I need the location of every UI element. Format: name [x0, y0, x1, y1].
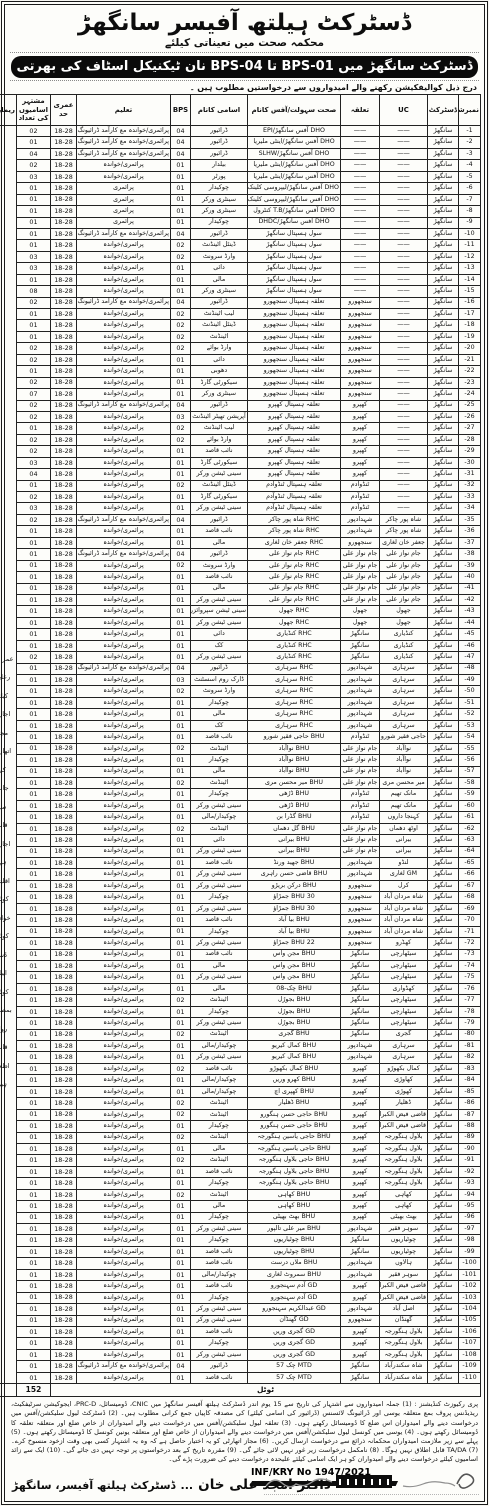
cell-taluka: ٹنڈوآدم	[341, 492, 380, 503]
cell-age: 18-28	[51, 1326, 77, 1337]
table-row: -25سانگھڑ——کھپروتعلقہ ہسپتال کھپروڈرائیو…	[0, 400, 481, 411]
cell-count: 02	[17, 434, 51, 445]
table-row: -91سانگھڑبلاول ہنگورجہکھپروBHU حاجی بلاو…	[0, 1155, 481, 1166]
cell-bps: 01	[171, 446, 191, 457]
table-row: -47سانگھڑکنڈیاریسانگھڑRHC کنڈیاریسینی ٹی…	[0, 652, 481, 663]
cell-facility: BHU میر محسن مری	[248, 777, 341, 788]
table-row: -60سانگھڑمانک تھیمٹنڈوآدمBHU ڈڑھیسینی ٹی…	[0, 800, 481, 811]
cell-uc: نواآباد	[380, 755, 428, 766]
cell-age: 18-28	[51, 366, 77, 377]
cell-post: اٹینڈنٹ	[191, 995, 248, 1006]
cell-education: پرائمری/خواندہ	[77, 1063, 171, 1074]
remarks-note: عمر میںرعایتکیلئےاجازتمجازاتھارٹیکیجانبس…	[0, 650, 15, 1094]
cell-post: اٹینڈنٹ	[191, 777, 248, 788]
cell-taluka: ٹنڈوآدم	[341, 800, 380, 811]
table-row: -5سانگھڑ————DHO آفس سانگھڑ/اینٹی ملیریاپ…	[0, 171, 481, 182]
cell-serial-no: -44	[459, 617, 481, 628]
cell-uc: ——	[380, 286, 428, 297]
cell-count: 01	[17, 903, 51, 914]
cell-uc: شاہ سکندرآباد	[380, 1361, 428, 1372]
cell-bps: 01	[171, 206, 191, 217]
cell-facility: RHC سرہاری	[248, 663, 341, 674]
cell-facility: تعلقہ ہسپتال ٹنڈوآدم	[248, 503, 341, 514]
cell-uc: سیٹھارچی	[380, 960, 428, 971]
table-row: -2سانگھڑ————DHO آفس سانگھڑ/اینٹی ملیریاڈ…	[0, 137, 481, 148]
cell-taluka: جھول	[341, 606, 380, 617]
cell-facility: DHO آفس سانگھڑ/لیپروسی کلینک	[248, 194, 341, 205]
cell-age: 18-28	[51, 1304, 77, 1315]
cell-count: 01	[17, 1166, 51, 1177]
cell-facility: BHU 30 جمڑاؤ	[248, 903, 341, 914]
bottom-strip: ڈاکٹر امجد علی خان ... ڈسٹرکٹ ہیلتھ آفیس…	[8, 1459, 481, 1499]
cell-district: سانگھڑ	[428, 835, 459, 846]
cell-age: 18-28	[51, 1361, 77, 1372]
cell-post: کک	[191, 640, 248, 651]
cell-uc: شاہ مردان آباد	[380, 903, 428, 914]
cell-uc: سرہاری	[380, 1052, 428, 1063]
cell-post: سینی ٹیشن ورکر	[191, 469, 248, 480]
table-row: -87سانگھڑقاضی فیض الکبرا-2کھپروBHU حاجی …	[0, 1109, 481, 1120]
cell-serial-no: -55	[459, 743, 481, 754]
table-row: -65سانگھڑلنڈوشہدادپورBHU جھید ورنڈنائب ق…	[0, 858, 481, 869]
cell-uc: ——	[380, 137, 428, 148]
cell-age: 18-28	[51, 1155, 77, 1166]
cell-age: 18-28	[51, 1166, 77, 1177]
cell-bps: 01	[171, 1075, 191, 1086]
cell-facility: تعلقہ ہسپتال کھپرو	[248, 423, 341, 434]
cell-uc: سیٹھارچی	[380, 1018, 428, 1029]
col-header-count: مشتہر اسامیوں کی تعداد	[17, 95, 51, 126]
cell-post: مالی	[191, 960, 248, 971]
cell-serial-no: -15	[459, 286, 481, 297]
cell-district: سانگھڑ	[428, 903, 459, 914]
table-row: -40سانگھڑجام نواز علیجام نواز علیRHC جام…	[0, 572, 481, 583]
table-row: -31سانگھڑ——کھپروتعلقہ ہسپتال کھپروسینی ٹ…	[0, 469, 481, 480]
table-head: نمبرشمارڈسٹرکٹUCتعلقہصحت سہولت/آفس کانام…	[0, 95, 481, 126]
cell-taluka: سانگھڑ	[341, 949, 380, 960]
table-row: -34سانگھڑ——ٹنڈوآدمتعلقہ ہسپتال ٹنڈوآدمسی…	[0, 503, 481, 514]
cell-serial-no: -25	[459, 400, 481, 411]
cell-post: نائب قاصد	[191, 949, 248, 960]
col-header-district: ڈسٹرکٹ	[428, 95, 459, 126]
table-row: -63سانگھڑبیرانیجام نواز علیBHU بیرانیدائ…	[0, 835, 481, 846]
cell-district: سانگھڑ	[428, 1132, 459, 1143]
cell-serial-no: -87	[459, 1109, 481, 1120]
table-row: -11سانگھڑ————سول ہسپتال سانگھڑڈینٹل اٹین…	[0, 240, 481, 251]
cell-count: 01	[17, 1029, 51, 1040]
cell-education: پرائمری/خواندہ	[77, 1201, 171, 1212]
cell-district: سانگھڑ	[428, 869, 459, 880]
cell-district: سانگھڑ	[428, 251, 459, 262]
cell-uc: سرہاری	[380, 709, 428, 720]
cell-serial-no: -3	[459, 148, 481, 159]
cell-age: 18-28	[51, 411, 77, 422]
cell-district: سانگھڑ	[428, 206, 459, 217]
cell-education: پرائمری/خواندہ	[77, 686, 171, 697]
cell-age: 18-28	[51, 1235, 77, 1246]
cell-serial-no: -34	[459, 503, 481, 514]
cell-post: نائب قاصد	[191, 446, 248, 457]
cell-district: سانگھڑ	[428, 949, 459, 960]
cell-district: سانگھڑ	[428, 720, 459, 731]
cell-uc: ——	[380, 469, 428, 480]
cell-education: پرائمری/خواندہ	[77, 537, 171, 548]
table-row: -82سانگھڑسرہاریشہدادپورBHU کمال کیریوسین…	[0, 1052, 481, 1063]
cell-count: 01	[17, 1201, 51, 1212]
cell-taluka: سانگھڑ	[341, 1372, 380, 1383]
cell-facility: GD گجری وریں	[248, 1326, 341, 1337]
cell-taluka: شہدادپور	[341, 869, 380, 880]
cell-bps: 02	[171, 331, 191, 342]
cell-post: لیب اٹینڈنٹ	[191, 309, 248, 320]
table-row: -27سانگھڑ——کھپروتعلقہ ہسپتال کھپرولیب اٹ…	[0, 423, 481, 434]
cell-facility: BHU حاجی بلاول ہنگورجہ	[248, 1166, 341, 1177]
cell-education: پرائمری/خواندہ	[77, 1052, 171, 1063]
cell-taluka: شہدادپور	[341, 1269, 380, 1280]
cell-taluka: کھپرو	[341, 411, 380, 422]
cell-bps: 02	[171, 309, 191, 320]
cell-district: سانگھڑ	[428, 652, 459, 663]
cell-bps: 01	[171, 606, 191, 617]
cell-taluka: ——	[341, 217, 380, 228]
cell-count: 02	[17, 400, 51, 411]
cell-serial-no: -68	[459, 892, 481, 903]
cell-post: دائی	[191, 835, 248, 846]
cell-education: پرائمری/خواندہ	[77, 1041, 171, 1052]
cell-education: پرائمری/خواندہ	[77, 251, 171, 262]
cell-education: پرائمری/خواندہ	[77, 354, 171, 365]
cell-age: 18-28	[51, 903, 77, 914]
cell-age: 18-28	[51, 354, 77, 365]
cell-uc: ——	[380, 217, 428, 228]
cell-count: 01	[17, 480, 51, 491]
cell-uc: جھول	[380, 606, 428, 617]
cell-facility: RHC کنڈیاری	[248, 640, 341, 651]
cell-post: ڈرائیور	[191, 126, 248, 137]
cell-facility: BHU حاجی بلاول ہنگورجہ	[248, 1155, 341, 1166]
cell-uc: بلاول ہنگورجہ	[380, 1178, 428, 1189]
cell-facility: GD گجری وریں	[248, 1349, 341, 1360]
cell-facility: BHU حاجی یاسین ہنگورجہ	[248, 1143, 341, 1154]
cell-education: پرائمری/خواندہ مع کارآمد ڈرائیونگ لائسنس	[77, 400, 171, 411]
cell-serial-no: -17	[459, 309, 481, 320]
cell-facility: RHC جام نواز علی	[248, 560, 341, 571]
cell-facility: RHC جام نواز علی	[248, 572, 341, 583]
table-row: -71سانگھڑشاہ مردان آبادسنجھوروBHU بیا آب…	[0, 926, 481, 937]
cell-education: پرائمری/خواندہ مع کارآمد ڈرائیونگ لائسنس	[77, 137, 171, 148]
table-row: -80سانگھڑگجریسانگھڑBHU گجریاٹینڈنٹ02پرائ…	[0, 1029, 481, 1040]
cell-district: سانگھڑ	[428, 263, 459, 274]
cell-count: 01	[17, 1132, 51, 1143]
cell-post: نائب قاصد	[191, 572, 248, 583]
cell-facility: تعلقہ ہسپتال کھپرو	[248, 469, 341, 480]
cell-post: چوکیدار	[191, 926, 248, 937]
cell-post: سینی ٹیشن سپروائزر	[191, 606, 248, 617]
cell-serial-no: -16	[459, 297, 481, 308]
cell-post: نائب قاصد	[191, 732, 248, 743]
table-row: -46سانگھڑکنڈیاریسانگھڑRHC کنڈیاریکک01پرا…	[0, 640, 481, 651]
cell-taluka: سنجھورو	[341, 1315, 380, 1326]
cell-taluka: شہدادپور	[341, 1224, 380, 1235]
cell-uc: قاضی فیض الکبرا-2	[380, 1281, 428, 1292]
cell-serial-no: -43	[459, 606, 481, 617]
cell-serial-no: -63	[459, 835, 481, 846]
cell-facility: BHU بجوڑل	[248, 1018, 341, 1029]
cell-taluka: جام نواز علی	[341, 743, 380, 754]
cell-bps: 01	[171, 892, 191, 903]
cell-count: 01	[17, 194, 51, 205]
cell-taluka: ٹنڈوآدم	[341, 503, 380, 514]
cell-uc: گجری	[380, 1029, 428, 1040]
cell-education: پرائمری/خواندہ	[77, 377, 171, 388]
cell-uc: ——	[380, 171, 428, 182]
cell-age: 18-28	[51, 217, 77, 228]
cell-post: اٹینڈنٹ	[191, 1155, 248, 1166]
cell-district: سانگھڑ	[428, 377, 459, 388]
cell-district: سانگھڑ	[428, 743, 459, 754]
cell-serial-no: -58	[459, 777, 481, 788]
cell-uc: اصل آباد	[380, 1304, 428, 1315]
cell-post: سیکورٹی گارڈ	[191, 492, 248, 503]
cell-age: 18-28	[51, 1018, 77, 1029]
cell-post: سینی ٹیشن ورکر	[191, 1315, 248, 1326]
table-row: -90سانگھڑبلاول ہنگورجہکھپروBHU حاجی یاسی…	[0, 1143, 481, 1154]
cell-count: 01	[17, 995, 51, 1006]
cell-education: پرائمری/خواندہ	[77, 1166, 171, 1177]
cell-facility: تعلقہ ہسپتال ٹنڈوآدم	[248, 492, 341, 503]
cell-count: 02	[17, 126, 51, 137]
cell-facility: تعلقہ ہسپتال سنجھورو	[248, 331, 341, 342]
cell-age: 18-28	[51, 789, 77, 800]
cell-age: 18-28	[51, 1178, 77, 1189]
cell-post: اٹینڈنٹ	[191, 331, 248, 342]
cell-district: سانگھڑ	[428, 434, 459, 445]
cell-serial-no: -74	[459, 960, 481, 971]
cell-bps: 01	[171, 572, 191, 583]
table-row: -54سانگھڑحاجی فقیر شوروٹنڈوآدمBHU حاجی ف…	[0, 732, 481, 743]
cell-bps: 01	[171, 1006, 191, 1017]
cell-post: نائب قاصد	[191, 1166, 248, 1177]
cell-count: 01	[17, 1041, 51, 1052]
table-row: -14سانگھڑ————سول ہسپتال سانگھڑمالی01پرائ…	[0, 274, 481, 285]
cell-district: سانگھڑ	[428, 160, 459, 171]
cell-bps: 01	[171, 732, 191, 743]
cell-count: 07	[17, 389, 51, 400]
cell-serial-no: -73	[459, 949, 481, 960]
cell-facility: BHU جھید ورنڈ	[248, 858, 341, 869]
table-row: -21سانگھڑ——سنجھوروتعلقہ ہسپتال سنجھورودا…	[0, 354, 481, 365]
remarks-note-cell: عمر میںرعایتکیلئےاجازتمجازاتھارٹیکیجانبس…	[0, 126, 17, 1384]
cell-education: پرائمری/خواندہ	[77, 1212, 171, 1223]
cell-serial-no: -21	[459, 354, 481, 365]
cell-serial-no: -7	[459, 194, 481, 205]
cell-taluka: سنجھورو	[341, 537, 380, 548]
cell-bps: 02	[171, 686, 191, 697]
cell-uc: سوہر فقیر	[380, 1224, 428, 1235]
cell-post: وارڈ بوائے	[191, 343, 248, 354]
cell-bps: 01	[171, 903, 191, 914]
cell-uc: سرہاری	[380, 697, 428, 708]
cell-uc: نواآباد	[380, 743, 428, 754]
cell-count: 01	[17, 1189, 51, 1200]
cell-uc: کنڈیاری	[380, 652, 428, 663]
cell-bps: 01	[171, 1292, 191, 1303]
cell-education: پرائمری/خواندہ	[77, 800, 171, 811]
cell-uc: ——	[380, 274, 428, 285]
cell-taluka: جام نواز علی	[341, 835, 380, 846]
table-row: -97سانگھڑسوہر فقیرشہدادپورBHU میر علی تا…	[0, 1224, 481, 1235]
cell-count: 01	[17, 960, 51, 971]
table-row: -73سانگھڑسیٹھارچیسانگھڑBHU مجن واسنائب ق…	[0, 949, 481, 960]
cell-uc: لنڈو	[380, 858, 428, 869]
cell-serial-no: -14	[459, 274, 481, 285]
cell-education: پرائمری/خواندہ	[77, 732, 171, 743]
ad-content: ڈسٹرکٹ ہیلتھ آفیسر سانگھڑ محکمہ صحت میں …	[4, 4, 485, 1502]
cell-age: 18-28	[51, 709, 77, 720]
cell-age: 18-28	[51, 1098, 77, 1109]
cell-post: چوکیدار	[191, 1235, 248, 1246]
cell-district: سانگھڑ	[428, 457, 459, 468]
cell-post: چوکیدار	[191, 1338, 248, 1349]
cell-serial-no: -106	[459, 1326, 481, 1337]
table-row: -104سانگھڑاصل آبادشہدادپورGD عبدالکریم س…	[0, 1304, 481, 1315]
cell-facility: DHO آفس سانگھڑ/SLHW	[248, 148, 341, 159]
cell-district: سانگھڑ	[428, 960, 459, 971]
cell-post: نائب قاصد	[191, 1372, 248, 1383]
cell-district: سانگھڑ	[428, 1281, 459, 1292]
cell-taluka: جام نواز علی	[341, 755, 380, 766]
cell-post: سینی ٹیشن ورکر	[191, 972, 248, 983]
cell-facility: BHU کمال کیریو	[248, 1052, 341, 1063]
cell-facility: RHC جعفر خان لغاری	[248, 537, 341, 548]
cell-age: 18-28	[51, 297, 77, 308]
cell-district: سانگھڑ	[428, 423, 459, 434]
cell-education: پرائمری/خواندہ	[77, 1258, 171, 1269]
cell-bps: 02	[171, 480, 191, 491]
cell-serial-no: -77	[459, 995, 481, 1006]
cell-bps: 02	[171, 1155, 191, 1166]
cell-taluka: کھپرو	[341, 1109, 380, 1120]
cell-serial-no: -45	[459, 629, 481, 640]
cell-district: سانگھڑ	[428, 1292, 459, 1303]
cell-education: پرائمری/خواندہ	[77, 709, 171, 720]
cell-taluka: کھپرو	[341, 1063, 380, 1074]
cell-age: 18-28	[51, 514, 77, 525]
cell-education: پرائمری/خواندہ	[77, 1121, 171, 1132]
table-row: -28سانگھڑ——کھپروتعلقہ ہسپتال کھپرووارڈ ب…	[0, 434, 481, 445]
cell-age: 18-28	[51, 240, 77, 251]
cell-taluka: جام نواز علی	[341, 572, 380, 583]
table-row: -43سانگھڑجھولجھولRHC جھولسینی ٹیشن سپروا…	[0, 606, 481, 617]
cell-education: پرائمری/خواندہ	[77, 1143, 171, 1154]
cell-post: چوکیدار/مالی	[191, 1075, 248, 1086]
cell-district: سانگھڑ	[428, 469, 459, 480]
cell-uc: بلاول ہنگورجہ	[380, 1132, 428, 1143]
cell-facility: RHC کنڈیاری	[248, 629, 341, 640]
cell-age: 18-28	[51, 915, 77, 926]
cell-education: پرائمری/خواندہ	[77, 743, 171, 754]
cell-education: پرائمری/خواندہ	[77, 1246, 171, 1257]
cell-uc: ——	[380, 160, 428, 171]
cell-count: 01	[17, 1269, 51, 1280]
cell-education: پرائمری/خواندہ	[77, 594, 171, 605]
cell-serial-no: -6	[459, 183, 481, 194]
cell-district: سانگھڑ	[428, 1109, 459, 1120]
cell-district: سانگھڑ	[428, 812, 459, 823]
cell-post: چوکیدار	[191, 1006, 248, 1017]
cell-taluka: کھپرو	[341, 434, 380, 445]
cell-bps: 02	[171, 777, 191, 788]
cell-district: سانگھڑ	[428, 1006, 459, 1017]
cell-taluka: کھپرو	[341, 1212, 380, 1223]
cell-post: چوکیدار	[191, 755, 248, 766]
table-row: -41سانگھڑجام نواز علیجام نواز علیRHC جام…	[0, 583, 481, 594]
cell-count: 01	[17, 526, 51, 537]
cell-post: مالی	[191, 1201, 248, 1212]
cell-serial-no: -22	[459, 366, 481, 377]
cell-post: چوکیدار	[191, 1292, 248, 1303]
cell-taluka: شہدادپور	[341, 514, 380, 525]
table-row: -6سانگھڑ————DHO آفس سانگھڑ/لیپروسی کلینک…	[0, 183, 481, 194]
cell-facility: تعلقہ ہسپتال سنجھورو	[248, 389, 341, 400]
table-row: -56سانگھڑنواآبادجام نواز علیBHU نواآبادچ…	[0, 755, 481, 766]
cell-district: سانگھڑ	[428, 1212, 459, 1223]
cell-education: پرائمری/خواندہ	[77, 434, 171, 445]
cell-post: اٹینڈنٹ	[191, 1109, 248, 1120]
cell-uc: شاہ مردان آباد	[380, 915, 428, 926]
cell-bps: 01	[171, 1178, 191, 1189]
cell-serial-no: -41	[459, 583, 481, 594]
table-row: -107سانگھڑبلاول ہنگورجہکھپروGD گجری وریں…	[0, 1338, 481, 1349]
table-body: -1سانگھڑ————DHO آفس سانگھڑ/EPIڈرائیور04پ…	[0, 126, 481, 1397]
cell-age: 18-28	[51, 549, 77, 560]
cell-education: پرائمری/خواندہ	[77, 755, 171, 766]
cell-education: پرائمری/خواندہ	[77, 789, 171, 800]
table-row: -39سانگھڑجام نواز علیجام نواز علیRHC جام…	[0, 560, 481, 571]
cell-education: پرائمری/خواندہ	[77, 972, 171, 983]
cell-facility: BHU کھپری اچ	[248, 1086, 341, 1097]
cell-facility: RHC کنڈیاری	[248, 652, 341, 663]
cell-post: نائب قاصد	[191, 1063, 248, 1074]
cell-bps: 04	[171, 1361, 191, 1372]
cell-post: نائب قاصد	[191, 1246, 248, 1257]
cell-bps: 01	[171, 537, 191, 548]
cell-bps: 02	[171, 251, 191, 262]
cell-education: پرائمری/خواندہ	[77, 926, 171, 937]
cell-uc: ——	[380, 400, 428, 411]
cell-uc: جام نواز علی	[380, 594, 428, 605]
cell-education: پرائمری/خواندہ	[77, 366, 171, 377]
cell-district: سانگھڑ	[428, 1041, 459, 1052]
cell-facility: تعلقہ ہسپتال کھپرو	[248, 457, 341, 468]
cell-facility: BHU حاجی حسن ہنگورو	[248, 1109, 341, 1120]
cell-age: 18-28	[51, 457, 77, 468]
cell-serial-no: -40	[459, 572, 481, 583]
cell-uc: ہالاوں	[380, 1258, 428, 1269]
cell-bps: 01	[171, 880, 191, 891]
cell-age: 18-28	[51, 1109, 77, 1120]
cell-post: سینی ٹیشن ورکر	[191, 1349, 248, 1360]
cell-serial-no: -92	[459, 1166, 481, 1177]
cell-uc: چوٹیاریوں	[380, 1235, 428, 1246]
table-row: -29سانگھڑ——کھپروتعلقہ ہسپتال کھپرونائب ق…	[0, 446, 481, 457]
cell-bps: 02	[171, 320, 191, 331]
cell-post: نائب قاصد	[191, 1326, 248, 1337]
cell-serial-no: -49	[459, 675, 481, 686]
cell-taluka: کھپرو	[341, 469, 380, 480]
cell-serial-no: -67	[459, 880, 481, 891]
cell-age: 18-28	[51, 755, 77, 766]
